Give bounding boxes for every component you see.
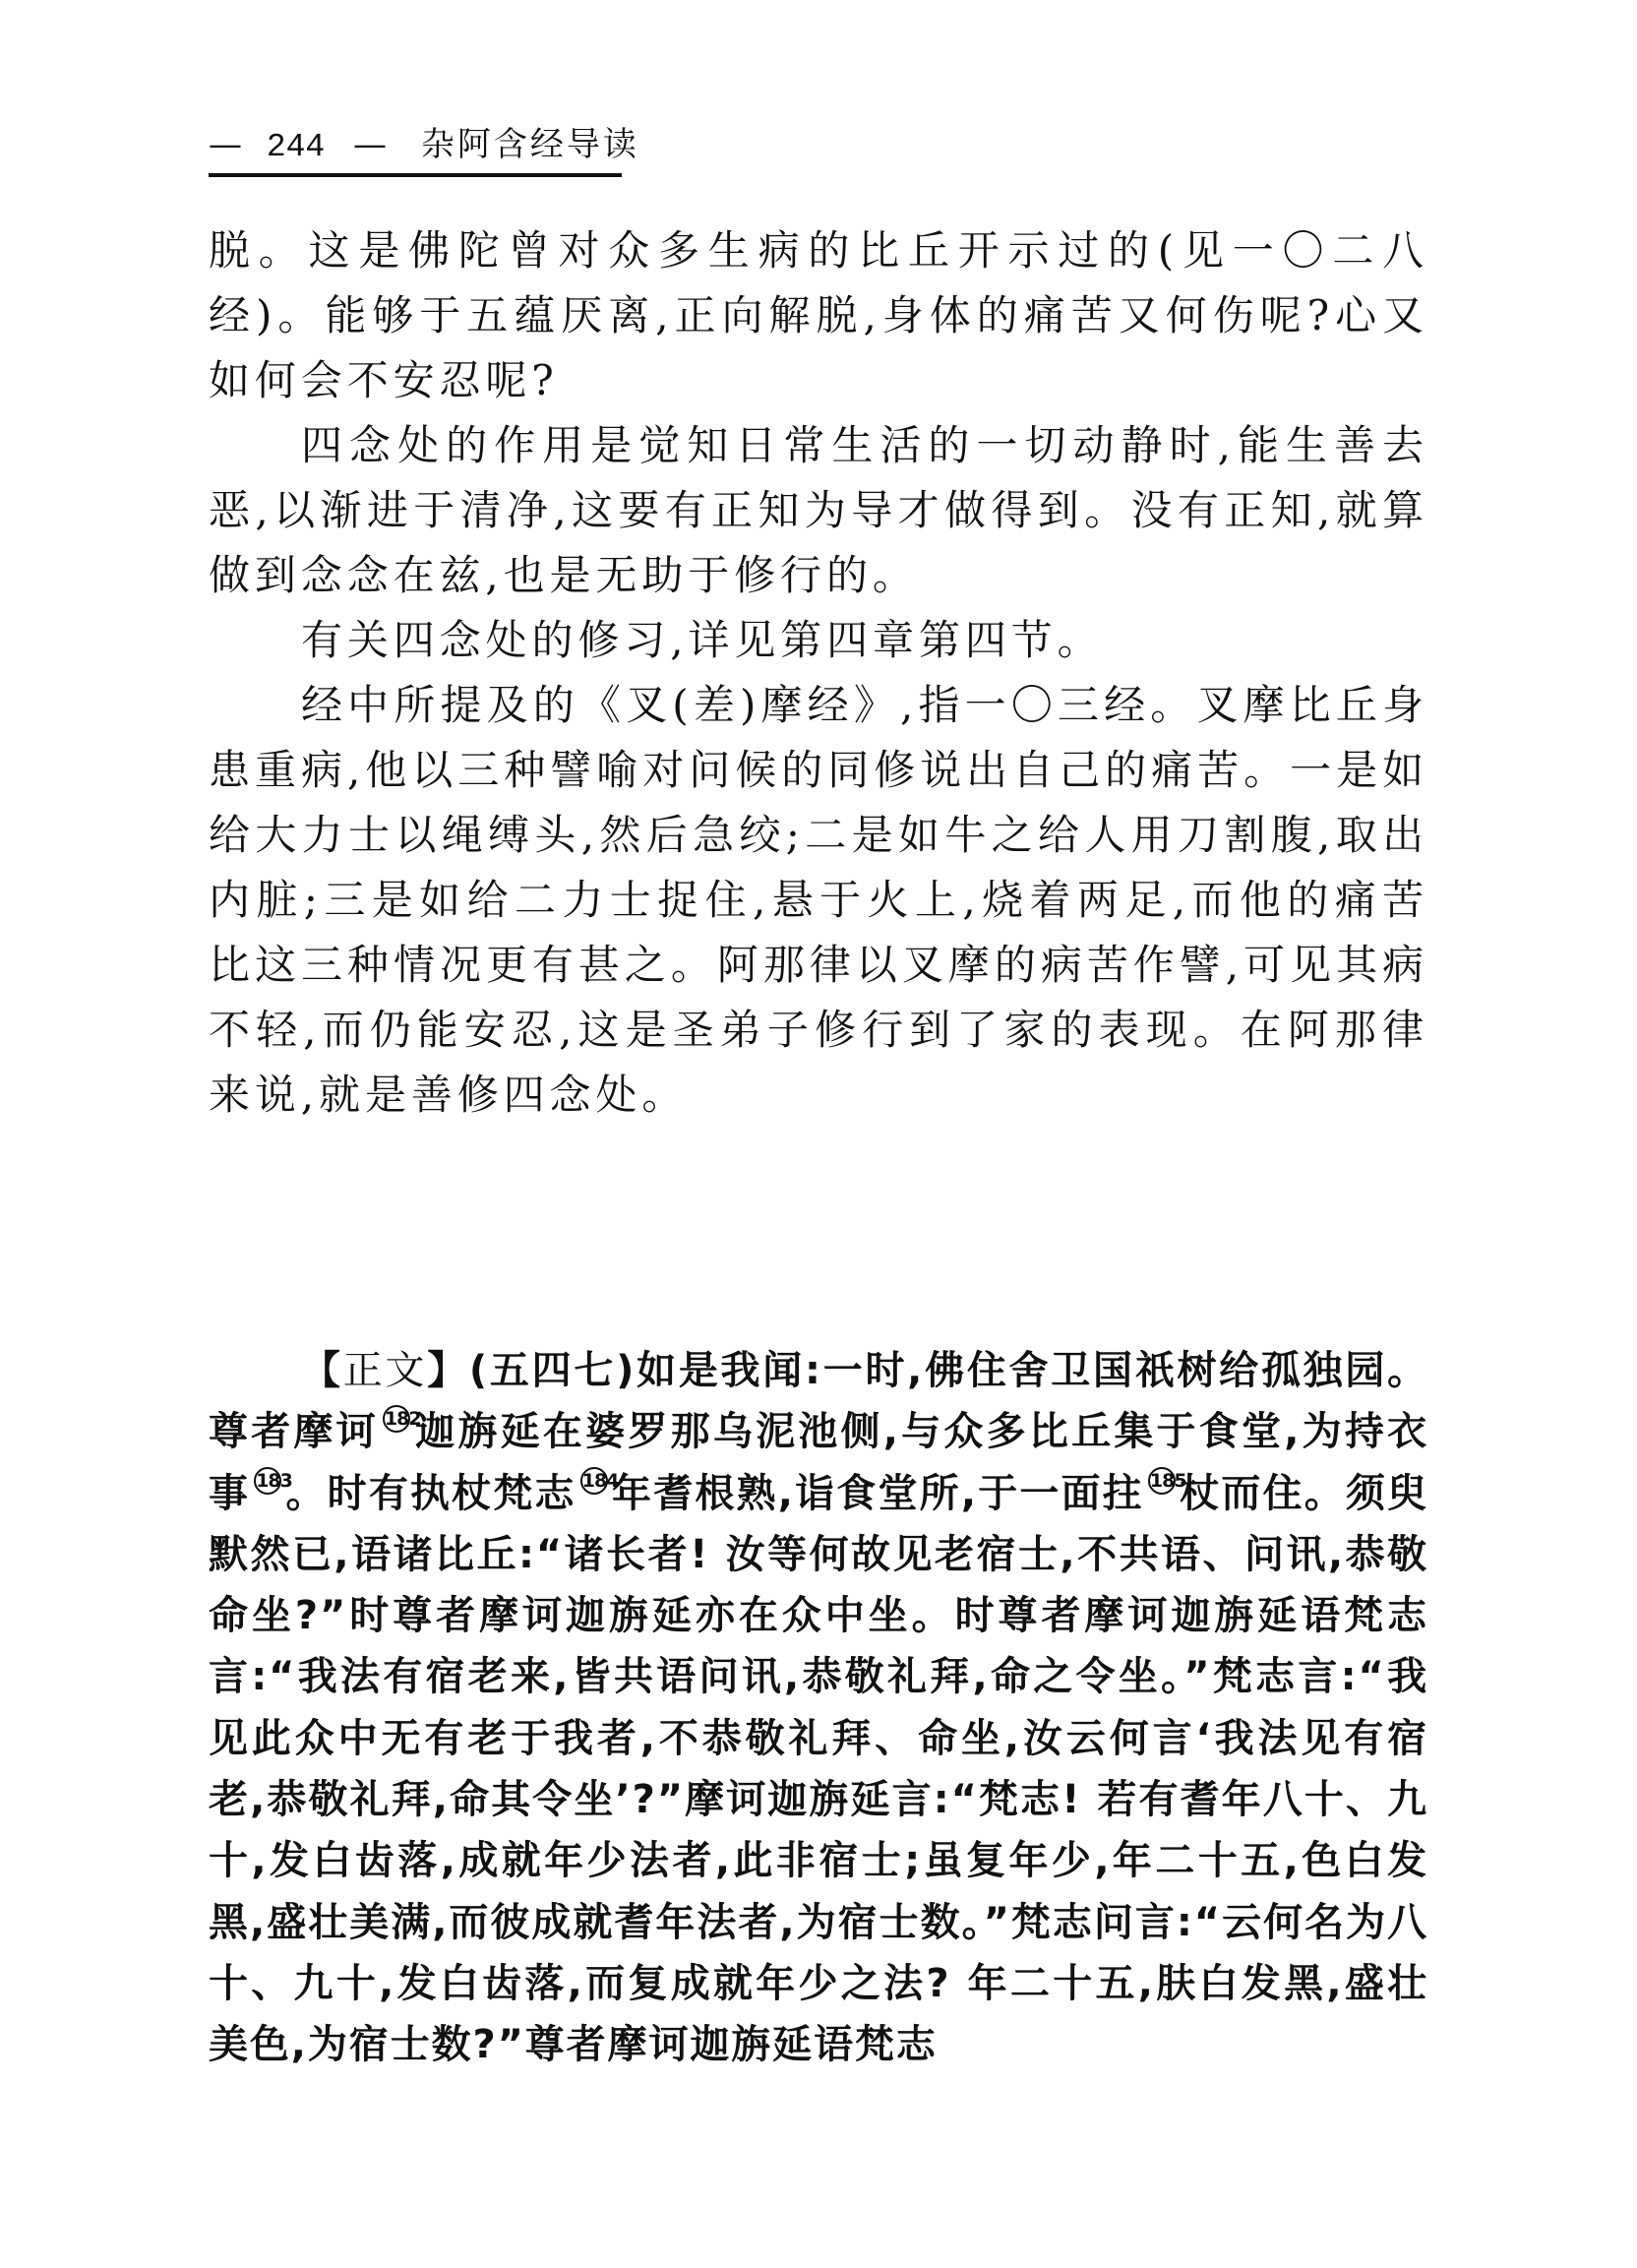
sutra-main-text: 【正文】(五四七)如是我闻:一时,佛住舍卫国祇树给孤独园。尊者摩诃182迦旃延在… bbox=[209, 1340, 1428, 2076]
page-header: — 244 — 杂阿含经导读 bbox=[209, 122, 622, 177]
commentary-paragraph-1: 脱。这是佛陀曾对众多生病的比丘开示过的(见一〇二八经)。能够于五蕴厌离,正向解脱… bbox=[209, 218, 1428, 413]
header-dash-left: — bbox=[209, 122, 242, 167]
footnote-marker-185[interactable]: 185 bbox=[1148, 1467, 1176, 1495]
commentary-paragraph-4: 经中所提及的《叉(差)摩经》,指一〇三经。叉摩比丘身患重病,他以三种譬喻对问候的… bbox=[209, 673, 1428, 1128]
commentary-paragraph-2: 四念处的作用是觉知日常生活的一切动静时,能生善去恶,以渐进于清净,这要有正知为导… bbox=[209, 413, 1428, 608]
sutra-segment-5: 杖而住。须臾默然已,语诸比丘:“诸长者! 汝等何故见老宿士,不共语、问讯,恭敬命… bbox=[209, 1471, 1428, 2068]
footnote-marker-182[interactable]: 182 bbox=[383, 1405, 410, 1433]
footnote-marker-183[interactable]: 183 bbox=[254, 1467, 281, 1495]
commentary-text: 脱。这是佛陀曾对众多生病的比丘开示过的(见一〇二八经)。能够于五蕴厌离,正向解脱… bbox=[209, 218, 1428, 1128]
label-bracket-open: 【 bbox=[301, 1348, 343, 1393]
page-number: 244 bbox=[267, 125, 325, 170]
sutra-segment-3: 。时有执杖梵志 bbox=[285, 1471, 576, 1516]
section-label: 正文 bbox=[343, 1348, 427, 1393]
running-title: 杂阿含经导读 bbox=[421, 122, 639, 167]
header-dash-right: — bbox=[353, 122, 387, 167]
footnote-marker-184[interactable]: 184 bbox=[580, 1467, 608, 1495]
sutra-paragraph: 【正文】(五四七)如是我闻:一时,佛住舍卫国祇树给孤独园。尊者摩诃182迦旃延在… bbox=[209, 1340, 1428, 2076]
commentary-paragraph-3: 有关四念处的修习,详见第四章第四节。 bbox=[209, 608, 1428, 673]
label-bracket-close: 】 bbox=[427, 1348, 469, 1393]
sutra-segment-4: 年耆根熟,诣食堂所,于一面拄 bbox=[612, 1471, 1144, 1516]
